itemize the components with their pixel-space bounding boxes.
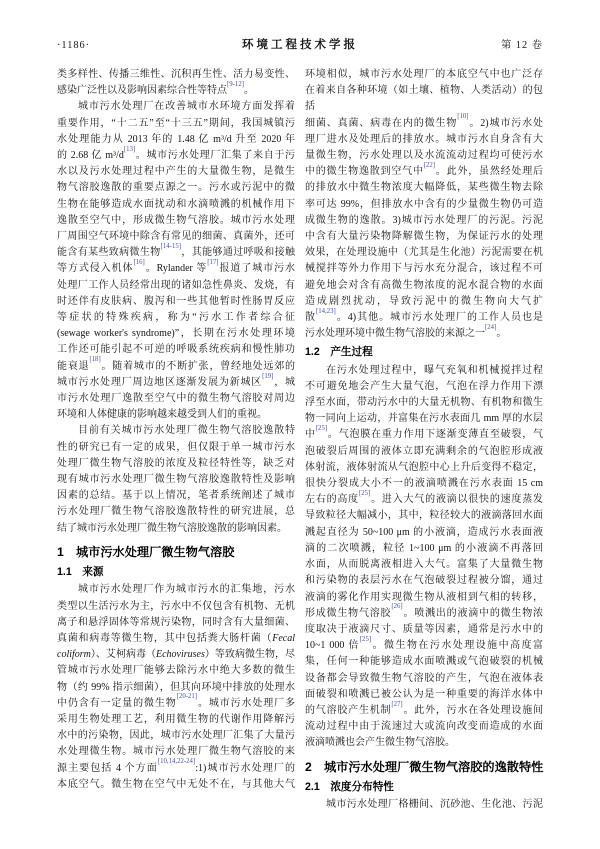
text-line: 物气溶胶逸散的重要点源之一。污水或污泥中的微	[57, 180, 295, 196]
citation-ref[interactable]: [18]	[89, 356, 100, 363]
paper-page: ·1186· 环境工程技术学报 第 12 卷 类多样性、传播三维性、沉积再生性、…	[0, 0, 600, 849]
text-line: 形成微生物气溶胶[26]。喷溅出的液滴中的微生物浓	[305, 606, 543, 622]
text-line: 和污染物的表层污水在气泡破裂过程被分馏，通过	[305, 573, 543, 589]
text-line: 水面，从而脱离液相进入大气。富集了大量微生物	[305, 557, 543, 573]
text-line: 污水处理厂微生物气溶胶逸散特性的研究进展，总	[57, 504, 295, 520]
subsection-heading: 2.1 浓度分布特性	[305, 779, 543, 795]
text-line: 中[25]。气泡膜在重力作用下逐渐变薄直至破裂，气	[305, 427, 543, 443]
article-body: 类多样性、传播三维性、沉积再生性、活力易变性、感染广泛性以及影响因素综合性等特点…	[57, 67, 543, 813]
latin-species-name: coliform	[57, 649, 91, 660]
text-line: 滴的二次喷溅，粒径 1~100 μm 的小液滴不再落回	[305, 541, 543, 557]
volume-label: 第 12 卷	[408, 36, 543, 51]
text-line: 管城市污水处理厂能够去除污水中绝大多数的微生	[57, 663, 295, 679]
text-line: 中仍含有一定量的微生物[20-21]。城市污水处理厂多	[57, 696, 295, 712]
text-line: 泡破裂后周围的液体立即充满剩余的气泡腔形成液	[305, 444, 543, 460]
text-line: 因素的总结。基于以上情况，笔者系统阐述了城市	[57, 488, 295, 504]
text-line: 体射流，液体射流从气泡腔中心上升后变得不稳定，	[305, 460, 543, 476]
text-line: 理厂进水及处理后的排放水。城市污水自身含有大	[305, 132, 543, 148]
page-number: ·1186·	[57, 40, 192, 51]
citation-ref[interactable]: [9-12]	[227, 81, 244, 88]
section-heading: 2 城市污水处理厂微生物气溶胶的逸散特性	[305, 759, 543, 775]
text-line: 的气溶胶产生机制[27]。此外，污水在各处理设施间	[305, 703, 543, 719]
text-line: 导致粒径大幅减小，其中，粒径较大的液滴落回水面	[305, 508, 543, 524]
citation-ref[interactable]: [14,23]	[316, 308, 336, 315]
latin-species-name: Echoviruses	[156, 649, 205, 660]
text-line: 等症状的特殊疾病，称为“污水工作者综合征	[57, 310, 295, 326]
text-line: 目前有关城市污水处理厂微生物气溶胶逸散特	[57, 423, 295, 439]
text-line: 的 2.68 亿 m³/d[13]。城市污水处理厂汇集了来自于污	[57, 148, 295, 164]
text-line: 生物在能够造成水面扰动和水滴喷溅的机械作用下	[57, 197, 295, 213]
citation-ref[interactable]: [13]	[124, 146, 135, 153]
text-line: 不可避免地会产生大量气泡，气泡在浮力作用下漂	[305, 379, 543, 395]
citation-ref[interactable]: [25]	[359, 490, 370, 497]
text-line: 流动过程中由于流速过大或流向改变而造成的水面	[305, 719, 543, 735]
latin-species-name: Fecal	[272, 633, 295, 644]
text-line: 离子和悬浮固体等常规污染物，同时含有大量细菌、	[57, 615, 295, 631]
text-line: 污水处理环境中微生物气溶胶的来源之一[24]。	[305, 326, 543, 342]
section-heading: 1 城市污水处理厂微生物气溶胶	[57, 544, 295, 560]
citation-ref[interactable]: [25]	[360, 636, 371, 643]
text-line: 重要作用，“十二五”至“十三五”期间，我国城镇污	[57, 116, 295, 132]
text-line: 溅起直径为 50~100 μm 的小液滴，造成污水表面液	[305, 525, 543, 541]
text-line: 物一同向上运动，并富集在污水表面几 mm 厚的水层	[305, 411, 543, 427]
citation-ref[interactable]: [10,14,22-24]	[158, 758, 195, 765]
citation-ref[interactable]: [26]	[391, 603, 402, 610]
citation-ref[interactable]: [22]	[424, 162, 435, 169]
citation-ref[interactable]: [14-15]	[161, 243, 181, 250]
text-line: 面破裂和喷溅已被公认为是一种重要的海洋水体中	[305, 687, 543, 703]
text-line: 等方式侵入机体[16]。Rylander 等[17]报道了城市污水	[57, 261, 295, 277]
text-line: 采用生物处理工艺，利用微生物的代谢作用降解污	[57, 712, 295, 728]
text-line: 物（约 99% 指示细菌），但其向环境中排放的处理水	[57, 680, 295, 696]
text-line: 成微生物的逸散。3)城市污水处理厂的污泥。污泥	[305, 213, 543, 229]
text-line: 水处理能力从 2013 年的 1.48 亿 m³/d 升至 2020 年	[57, 132, 295, 148]
text-line: 处理厂工作人员经常出现的诸如急性鼻炎、发烧，有	[57, 278, 295, 294]
text-line: (sewage worker's syndrome)”，长期在污水处理环境	[57, 326, 295, 342]
text-line: 时还伴有皮肤病、腹泻和一些其他暂时性肠胃反应	[57, 294, 295, 310]
text-line: 能衰退[18]。随着城市的不断扩张，曾经地处远郊的	[57, 359, 295, 375]
subsection-heading: 1.2 产生过程	[305, 344, 543, 360]
text-line: 液滴的雾化作用实现微生物从液相到气相的转移，	[305, 590, 543, 606]
citation-ref[interactable]: [24]	[485, 324, 496, 331]
text-line: 类多样性、传播三维性、沉积再生性、活力易变性、	[57, 67, 295, 83]
text-line: 效果，在处理设施中（尤其是生化池）污泥需要在机	[305, 245, 543, 261]
text-line: 现有城市污水处理厂微生物气溶胶逸散特性及影响	[57, 472, 295, 488]
citation-ref[interactable]: [10]	[457, 113, 468, 120]
column-left: 类多样性、传播三维性、沉积再生性、活力易变性、感染广泛性以及影响因素综合性等特点…	[57, 67, 295, 813]
text-line: 源主要包括 4 个方面[10,14,22-24]:1)城市污水处理厂的	[57, 761, 295, 777]
text-line: 液滴喷溅也会产生微生物气溶胶。	[305, 735, 543, 751]
journal-title: 环境工程技术学报	[192, 36, 408, 52]
citation-ref[interactable]: [16]	[133, 259, 144, 266]
text-line: 性的研究已有一定的成果，但仅限于单一城市污水	[57, 440, 295, 456]
text-line: 逸散至空气中，形成微生物气溶胶。城市污水处理	[57, 213, 295, 229]
text-line: 本底空气。微生物在空气中无处不在，与其他大气	[57, 777, 295, 793]
text-line: 在污水处理过程中，曝气充氧和机械搅拌过程	[305, 363, 543, 379]
text-line: 中的微生物逸散到空气中[22]。此外，虽然经处理后	[305, 164, 543, 180]
text-line: 很快分裂成大小不一的液滴喷溅在污水表面 15 cm	[305, 476, 543, 492]
subsection-heading: 1.1 来源	[57, 564, 295, 580]
citation-ref[interactable]: [27]	[391, 701, 402, 708]
text-line: 集，任何一种能够造成水面喷溅或气泡破裂的机械	[305, 654, 543, 670]
text-line: 城市污水处理厂作为城市污水的汇集地，污水	[57, 582, 295, 598]
text-line: 率可达 99%，但排放水中含有的少量微生物仍可造	[305, 197, 543, 213]
text-line: 环境相似，城市污水处理厂的本底空气中也广泛存	[305, 67, 543, 83]
text-line: 城市污水处理厂格栅间、沉砂池、生化池、污泥	[305, 797, 543, 813]
citation-ref[interactable]: [19]	[262, 373, 273, 380]
text-line: 真菌和病毒等微生物，其中包括粪大肠杆菌（Fecal	[57, 631, 295, 647]
text-line: 感染广泛性以及影响因素综合性等特点[9-12]。	[57, 83, 295, 99]
text-line: 类型以生活污水为主，污水中不仅包含有机物、无机	[57, 599, 295, 615]
page-header: ·1186· 环境工程技术学报 第 12 卷	[57, 36, 543, 52]
text-line: 能含有某些致病微生物[14-15]，其能够通过呼吸和接触	[57, 245, 295, 261]
text-line: 水以及污水处理过程中产生的大量微生物，是微生	[57, 164, 295, 180]
text-line: 避免地会对含有高微生物浓度的泥水混合物的水面	[305, 278, 543, 294]
text-line: 械搅拌等外力作用下与污水充分混合，该过程不可	[305, 261, 543, 277]
text-line: coliform）、艾柯病毒（Echoviruses）等致病微生物，尽	[57, 647, 295, 663]
text-line: 左右的高度[25]。进入大气的液滴以很快的速度蒸发	[305, 492, 543, 508]
text-line: 度取决于液滴尺寸、质量等因素，通常是污水中的	[305, 622, 543, 638]
citation-ref[interactable]: [20-21]	[177, 693, 197, 700]
text-line: 中含有大量污染物降解微生物，为保证污水的处理	[305, 229, 543, 245]
text-line: 环境和人体健康的影响越来越受到人们的重视。	[57, 407, 295, 423]
citation-ref[interactable]: [17]	[207, 259, 218, 266]
text-line: 的排放水中微生物浓度大幅降低，某些微生物去除	[305, 180, 543, 196]
text-line: 水中的污染物，因此，城市污水处理厂汇集了大量污	[57, 728, 295, 744]
citation-ref[interactable]: [25]	[316, 425, 327, 432]
text-line: 市污水处理厂逸散至空气中的微生物气溶胶对周边	[57, 391, 295, 407]
text-line: 散[14,23]。4)其他。城市污水处理厂的工作人员也是	[305, 310, 543, 326]
text-line: 设备都会导致微生物气溶胶的产生，气泡在液体表	[305, 671, 543, 687]
text-line: 10~1 000 倍[25]。微生物在污水处理设施中高度富	[305, 638, 543, 654]
text-line: 在着来自各种环境（如土壤、植物、人类活动）的包括	[305, 83, 543, 115]
text-line: 处理厂微生物气溶胶的浓度及粒径特性等，缺乏对	[57, 456, 295, 472]
text-line: 城市污水处理厂周边地区逐渐发展为新城区[19]，城	[57, 375, 295, 391]
text-line: 造成剧烈扰动，导致污泥中的微生物向大气扩	[305, 294, 543, 310]
text-line: 浮至水面，带动污水中的大量无机物、有机物和微生	[305, 395, 543, 411]
text-line: 城市污水处理厂在改善城市水环境方面发挥着	[57, 99, 295, 115]
column-right: 环境相似，城市污水处理厂的本底空气中也广泛存在着来自各种环境（如土壤、植物、人类…	[305, 67, 543, 813]
text-line: 结了城市污水处理厂微生物气溶胶逸散的影响因素。	[57, 521, 295, 537]
text-line: 细菌、真菌、病毒在内的微生物[10]。2)城市污水处	[305, 116, 543, 132]
